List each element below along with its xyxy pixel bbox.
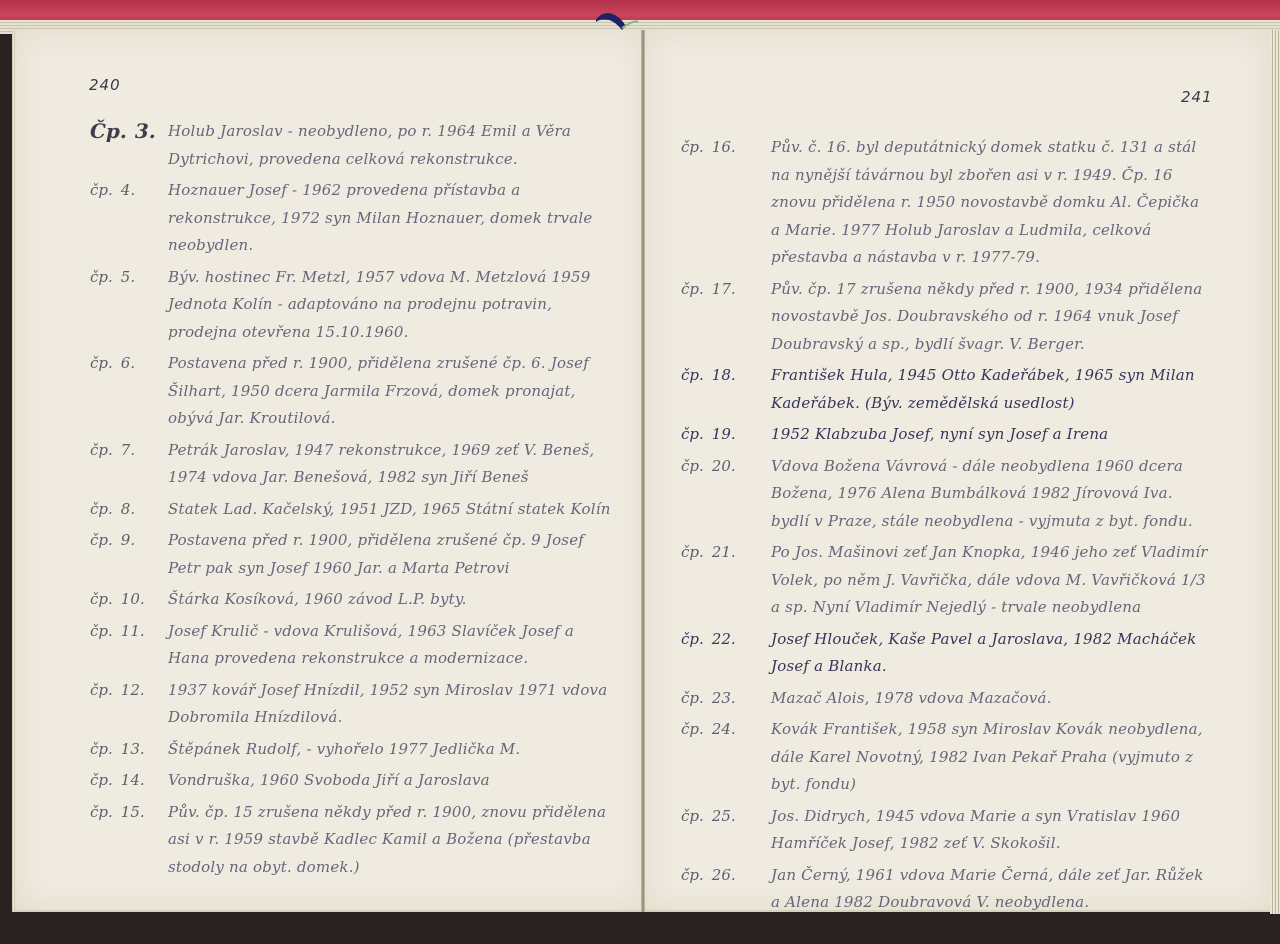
entry-text: Petrák Jaroslav, 1947 rekonstrukce, 1969… <box>168 437 618 492</box>
house-number: 14. <box>121 767 145 794</box>
entry-text: Holub Jaroslav - neobydleno, po r. 1964 … <box>168 118 618 173</box>
house-number-label: čp. <box>90 268 113 286</box>
house-number-label: čp. <box>681 138 704 156</box>
house-number-label: čp. <box>90 622 113 640</box>
entry-label: čp.24. <box>681 716 771 799</box>
register-entry: čp.23.Mazač Alois, 1978 vdova Mazačová. <box>681 685 1209 713</box>
register-entry: čp.20.Vdova Božena Vávrová - dále neobyd… <box>681 453 1209 536</box>
register-entry: čp.22.Josef Hlouček, Kaše Pavel a Jarosl… <box>681 626 1209 681</box>
house-number: 12. <box>121 677 145 704</box>
register-entry: čp.6.Postavena před r. 1900, přidělena z… <box>90 350 618 433</box>
entry-text: Josef Krulič - vdova Krulišová, 1963 Sla… <box>168 618 618 673</box>
entry-label: čp.22. <box>681 626 771 681</box>
entry-text: Vdova Božena Vávrová - dále neobydlena 1… <box>771 453 1209 536</box>
register-entry: čp.16.Pův. č. 16. byl deputátnický domek… <box>681 134 1209 272</box>
house-number-label: čp. <box>681 630 704 648</box>
house-number: 8. <box>121 496 135 523</box>
entry-text: Kovák František, 1958 syn Miroslav Kovák… <box>771 716 1209 799</box>
house-number-label: čp. <box>681 280 704 298</box>
entry-text: Jos. Didrych, 1945 vdova Marie a syn Vra… <box>771 803 1209 858</box>
house-number-label: čp. <box>681 866 704 884</box>
house-number: 21. <box>712 539 736 566</box>
register-entry: čp.5.Býv. hostinec Fr. Metzl, 1957 vdova… <box>90 264 618 347</box>
house-number: 3. <box>135 118 156 145</box>
house-number-label: čp. <box>681 425 704 443</box>
house-number-label: čp. <box>681 689 704 707</box>
entry-text: Jan Černý, 1961 vdova Marie Černá, dále … <box>771 862 1209 917</box>
house-number: 4. <box>121 177 135 204</box>
register-entry: čp.15.Pův. čp. 15 zrušena někdy před r. … <box>90 799 618 882</box>
entry-text: František Hula, 1945 Otto Kadeřábek, 196… <box>771 362 1209 417</box>
register-entry: čp.9.Postavena před r. 1900, přidělena z… <box>90 527 618 582</box>
left-page: 240 Čp.3.Holub Jaroslav - neobydleno, po… <box>12 30 645 912</box>
house-number-label: čp. <box>90 500 113 518</box>
register-entry: čp.26.Jan Černý, 1961 vdova Marie Černá,… <box>681 862 1209 917</box>
entry-text: Štárka Kosíková, 1960 závod L.P. byty. <box>168 586 618 614</box>
register-entry: čp.24.Kovák František, 1958 syn Miroslav… <box>681 716 1209 799</box>
house-number: 17. <box>712 276 736 303</box>
house-number-label: čp. <box>90 803 113 821</box>
house-number: 9. <box>121 527 135 554</box>
entry-label: čp.7. <box>90 437 168 492</box>
ribbon-bookmark-icon <box>592 6 640 30</box>
entry-text: Štěpánek Rudolf, - vyhořelo 1977 Jedličk… <box>168 736 618 764</box>
entry-text: Vondruška, 1960 Svoboda Jiří a Jaroslava <box>168 767 618 795</box>
entry-text: Pův. č. 16. byl deputátnický domek statk… <box>771 134 1209 272</box>
register-entry: čp.14.Vondruška, 1960 Svoboda Jiří a Jar… <box>90 767 618 795</box>
house-number: 20. <box>712 453 736 480</box>
house-number-label: čp. <box>90 681 113 699</box>
entry-label: čp.20. <box>681 453 771 536</box>
register-entry: čp.18.František Hula, 1945 Otto Kadeřábe… <box>681 362 1209 417</box>
entry-label: čp.10. <box>90 586 168 614</box>
entry-label: čp.23. <box>681 685 771 713</box>
entry-label: čp.26. <box>681 862 771 917</box>
house-number: 26. <box>712 862 736 889</box>
register-entry: čp.21.Po Jos. Mašinovi zeť Jan Knopka, 1… <box>681 539 1209 622</box>
entry-text: Postavena před r. 1900, přidělena zrušen… <box>168 350 618 433</box>
house-number: 10. <box>121 586 145 613</box>
entry-label: čp.16. <box>681 134 771 272</box>
page-stack-right-edge <box>1270 30 1280 920</box>
register-entry: čp.17.Pův. čp. 17 zrušena někdy před r. … <box>681 276 1209 359</box>
register-entry: čp.4.Hoznauer Josef - 1962 provedena pří… <box>90 177 618 260</box>
house-number-label: Čp. <box>90 119 127 143</box>
house-number-label: čp. <box>90 181 113 199</box>
house-number: 7. <box>121 437 135 464</box>
entry-text: Statek Lad. Kačelský, 1951 JZD, 1965 Stá… <box>168 496 618 524</box>
register-entry: čp.7.Petrák Jaroslav, 1947 rekonstrukce,… <box>90 437 618 492</box>
entry-text: 1937 kovář Josef Hnízdil, 1952 syn Miros… <box>168 677 618 732</box>
entry-label: čp.4. <box>90 177 168 260</box>
house-number-label: čp. <box>681 366 704 384</box>
house-number-label: čp. <box>681 720 704 738</box>
register-entry: čp.11.Josef Krulič - vdova Krulišová, 19… <box>90 618 618 673</box>
house-number-label: čp. <box>681 543 704 561</box>
house-number: 6. <box>121 350 135 377</box>
house-number: 19. <box>712 421 736 448</box>
entry-text: Pův. čp. 15 zrušena někdy před r. 1900, … <box>168 799 618 882</box>
entry-text: Mazač Alois, 1978 vdova Mazačová. <box>771 685 1209 713</box>
page-number-right: 241 <box>1181 88 1213 106</box>
entry-text: Býv. hostinec Fr. Metzl, 1957 vdova M. M… <box>168 264 618 347</box>
entry-label: čp.17. <box>681 276 771 359</box>
house-number: 11. <box>121 618 145 645</box>
entry-label: čp.13. <box>90 736 168 764</box>
house-number-label: čp. <box>90 531 113 549</box>
entry-text: Po Jos. Mašinovi zeť Jan Knopka, 1946 je… <box>771 539 1209 622</box>
register-entry: Čp.3.Holub Jaroslav - neobydleno, po r. … <box>90 118 618 173</box>
entry-label: čp.8. <box>90 496 168 524</box>
house-number: 22. <box>712 626 736 653</box>
entry-label: čp.11. <box>90 618 168 673</box>
entry-label: čp.14. <box>90 767 168 795</box>
entry-label: čp.25. <box>681 803 771 858</box>
left-entries-list: Čp.3.Holub Jaroslav - neobydleno, po r. … <box>90 118 618 885</box>
register-entry: čp.19.1952 Klabzuba Josef, nyní syn Jose… <box>681 421 1209 449</box>
entry-text: Josef Hlouček, Kaše Pavel a Jaroslava, 1… <box>771 626 1209 681</box>
register-entry: čp.25.Jos. Didrych, 1945 vdova Marie a s… <box>681 803 1209 858</box>
house-number: 16. <box>712 134 736 161</box>
entry-label: čp.15. <box>90 799 168 882</box>
house-number: 13. <box>121 736 145 763</box>
right-entries-list: čp.16.Pův. č. 16. byl deputátnický domek… <box>681 134 1209 921</box>
house-number: 25. <box>712 803 736 830</box>
house-number-label: čp. <box>681 457 704 475</box>
entry-label: čp.6. <box>90 350 168 433</box>
entry-text: Pův. čp. 17 zrušena někdy před r. 1900, … <box>771 276 1209 359</box>
house-number: 24. <box>712 716 736 743</box>
register-entry: čp.13.Štěpánek Rudolf, - vyhořelo 1977 J… <box>90 736 618 764</box>
entry-text: Hoznauer Josef - 1962 provedena přístavb… <box>168 177 618 260</box>
entry-label: čp.9. <box>90 527 168 582</box>
page-number-left: 240 <box>89 76 121 94</box>
entry-label: čp.19. <box>681 421 771 449</box>
register-entry: čp.12.1937 kovář Josef Hnízdil, 1952 syn… <box>90 677 618 732</box>
entry-label: čp.18. <box>681 362 771 417</box>
house-number-label: čp. <box>90 740 113 758</box>
house-number-label: čp. <box>681 807 704 825</box>
house-number-label: čp. <box>90 590 113 608</box>
house-number: 18. <box>712 362 736 389</box>
entry-label: čp.5. <box>90 264 168 347</box>
house-number-label: čp. <box>90 441 113 459</box>
register-entry: čp.10.Štárka Kosíková, 1960 závod L.P. b… <box>90 586 618 614</box>
entry-text: 1952 Klabzuba Josef, nyní syn Josef a Ir… <box>771 421 1209 449</box>
table-surface <box>0 914 1280 944</box>
right-page: 241 čp.16.Pův. č. 16. byl deputátnický d… <box>645 30 1273 912</box>
house-number: 23. <box>712 685 736 712</box>
house-number-label: čp. <box>90 771 113 789</box>
register-entry: čp.8.Statek Lad. Kačelský, 1951 JZD, 196… <box>90 496 618 524</box>
house-number: 5. <box>121 264 135 291</box>
entry-label: čp.12. <box>90 677 168 732</box>
house-number-label: čp. <box>90 354 113 372</box>
entry-label: čp.21. <box>681 539 771 622</box>
entry-text: Postavena před r. 1900, přidělena zrušen… <box>168 527 618 582</box>
entry-label: Čp.3. <box>90 118 168 173</box>
house-number: 15. <box>121 799 145 826</box>
